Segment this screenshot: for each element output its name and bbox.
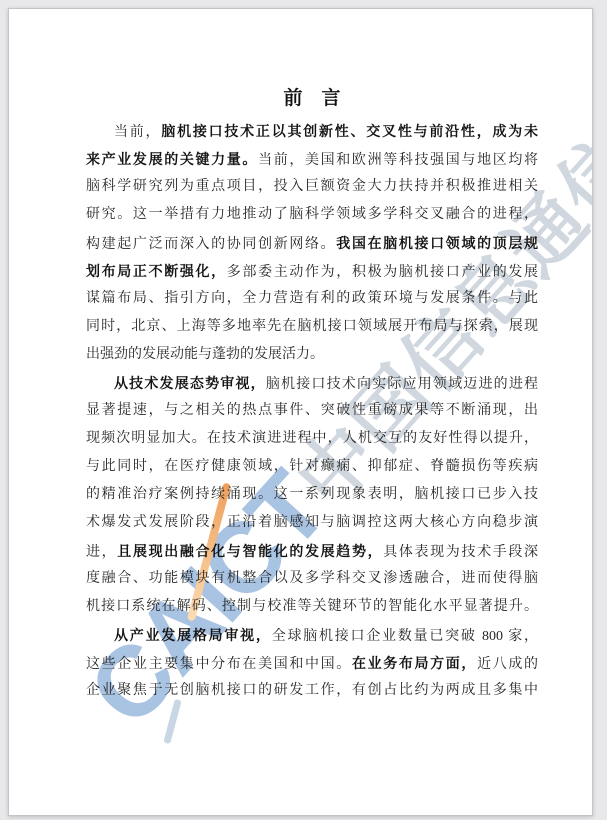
text-line: 来产业发展的关键力量。当前，美国和欧洲等科技强国与地区均将 bbox=[86, 145, 538, 173]
text-line: 研究。这一举措有力地推动了脑科学领域多学科交叉融合的进程， bbox=[86, 201, 538, 229]
document-content: 前 言 当前，脑机接口技术正以其创新性、交叉性与前沿性，成为未来产业发展的关键力… bbox=[86, 87, 538, 705]
text-run: 研究。这一举措有力地推动了脑科学领域多学科交叉融合的进程， bbox=[86, 207, 538, 222]
text-line: 脑科学研究列为重点项目，投入巨额资金大力扶持并积极推进相关 bbox=[86, 173, 538, 201]
text-run: 谋篇布局、指引方向，全力营造有利的政策环境与发展条件。与此 bbox=[86, 291, 538, 306]
page-title: 前 言 bbox=[86, 87, 538, 111]
text-line: 进，且展现出融合化与智能化的发展趋势，具体表现为技术手段深 bbox=[86, 537, 538, 565]
text-run: 术爆发式发展阶段，正沿着脑感知与脑调控这两大核心方向稳步演 bbox=[86, 515, 538, 530]
text-run: 的精准治疗案例持续涌现。这一系列现象表明，脑机接口已步入技 bbox=[86, 487, 538, 502]
text-line: 机接口系统在解码、控制与校准等关键环节的智能化水平显著提升。 bbox=[86, 593, 538, 621]
paragraph: 从技术发展态势审视，脑机接口技术向实际应用领域迈进的进程显著提速，与之相关的热点… bbox=[86, 369, 538, 621]
text-run: 与此同时，在医疗健康领域，针对癫痫、抑郁症、脊髓损伤等疾病 bbox=[86, 459, 538, 474]
text-run: 显著提速，与之相关的热点事件、突破性重磅成果等不断涌现，出 bbox=[86, 403, 538, 418]
desktop-background: { "document": { "title": "前 言", "paragra… bbox=[0, 0, 607, 820]
text-run: 机接口系统在解码、控制与校准等关键环节的智能化水平显著提升。 bbox=[86, 599, 538, 614]
text-run: 出强劲的发展动能与蓬勃的发展活力。 bbox=[86, 347, 324, 362]
paragraph: 从产业发展格局审视，全球脑机接口企业数量已突破 800 家，这些企业主要集中分布… bbox=[86, 621, 538, 705]
text-line: 谋篇布局、指引方向，全力营造有利的政策环境与发展条件。与此 bbox=[86, 285, 538, 313]
text-run: 脑科学研究列为重点项目，投入巨额资金大力扶持并积极推进相关 bbox=[86, 179, 538, 194]
text-line: 这些企业主要集中分布在美国和中国。在业务布局方面，近八成的 bbox=[86, 649, 538, 677]
text-line: 构建起广泛而深入的协同创新网络。我国在脑机接口领域的顶层规 bbox=[86, 229, 538, 257]
text-line: 显著提速，与之相关的热点事件、突破性重磅成果等不断涌现，出 bbox=[86, 397, 538, 425]
text-run: 当前，美国和欧洲等科技强国与地区均将 bbox=[258, 153, 538, 168]
text-run-bold: 且展现出融合化与智能化的发展趋势， bbox=[117, 543, 383, 559]
text-run: 构建起广泛而深入的协同创新网络。 bbox=[86, 237, 336, 252]
text-run-bold: 来产业发展的关键力量。 bbox=[86, 151, 258, 167]
text-run: 这些企业主要集中分布在美国和中国。 bbox=[86, 657, 352, 672]
text-line: 出强劲的发展动能与蓬勃的发展活力。 bbox=[86, 341, 538, 369]
text-line: 从技术发展态势审视，脑机接口技术向实际应用领域迈进的进程 bbox=[86, 369, 538, 397]
document-body: 当前，脑机接口技术正以其创新性、交叉性与前沿性，成为未来产业发展的关键力量。当前… bbox=[86, 117, 538, 705]
text-run: 现频次明显加大。在技术演进进程中，人机交互的友好性得以提升， bbox=[86, 431, 538, 446]
text-line: 企业聚焦于无创脑机接口的研发工作，有创占比约为两成且多集中 bbox=[86, 677, 538, 705]
text-run: 近八成的 bbox=[477, 657, 538, 672]
text-run-bold: 从技术发展态势审视， bbox=[114, 375, 266, 391]
text-line: 术爆发式发展阶段，正沿着脑感知与脑调控这两大核心方向稳步演 bbox=[86, 509, 538, 537]
text-run: 进， bbox=[86, 545, 117, 560]
text-run: 全球脑机接口企业数量已突破 800 家， bbox=[272, 629, 538, 644]
text-run: 同时，北京、上海等多地率先在脑机接口领域展开布局与探索，展现 bbox=[86, 319, 538, 334]
text-line: 同时，北京、上海等多地率先在脑机接口领域展开布局与探索，展现 bbox=[86, 313, 538, 341]
text-run: 具体表现为技术手段深 bbox=[383, 545, 538, 560]
paragraph: 当前，脑机接口技术正以其创新性、交叉性与前沿性，成为未来产业发展的关键力量。当前… bbox=[86, 117, 538, 369]
text-run-bold: 从产业发展格局审视， bbox=[114, 627, 272, 643]
text-line: 度融合、功能模块有机整合以及多学科交叉渗透融合，进而使得脑 bbox=[86, 565, 538, 593]
text-run: 多部委主动作为，积极为脑机接口产业的发展 bbox=[227, 265, 538, 280]
text-run: 度融合、功能模块有机整合以及多学科交叉渗透融合，进而使得脑 bbox=[86, 571, 538, 586]
text-run-bold: 脑机接口技术正以其创新性、交叉性与前沿性，成为未 bbox=[161, 123, 538, 139]
text-run-bold: 在业务布局方面， bbox=[352, 655, 477, 671]
text-run-bold: 划布局正不断强化， bbox=[86, 263, 227, 279]
text-run: 脑机接口技术向实际应用领域迈进的进程 bbox=[266, 377, 538, 392]
text-line: 当前，脑机接口技术正以其创新性、交叉性与前沿性，成为未 bbox=[86, 117, 538, 145]
document-page: CAICT中国信息通信研究院 前 言 当前，脑机接口技术正以其创新性、交叉性与前… bbox=[8, 8, 593, 816]
text-line: 从产业发展格局审视，全球脑机接口企业数量已突破 800 家， bbox=[86, 621, 538, 649]
text-line: 现频次明显加大。在技术演进进程中，人机交互的友好性得以提升， bbox=[86, 425, 538, 453]
text-run: 企业聚焦于无创脑机接口的研发工作，有创占比约为两成且多集中 bbox=[86, 683, 538, 698]
text-run: 当前， bbox=[114, 125, 161, 140]
text-line: 的精准治疗案例持续涌现。这一系列现象表明，脑机接口已步入技 bbox=[86, 481, 538, 509]
text-line: 与此同时，在医疗健康领域，针对癫痫、抑郁症、脊髓损伤等疾病 bbox=[86, 453, 538, 481]
text-line: 划布局正不断强化，多部委主动作为，积极为脑机接口产业的发展 bbox=[86, 257, 538, 285]
text-run-bold: 我国在脑机接口领域的顶层规 bbox=[336, 235, 538, 251]
